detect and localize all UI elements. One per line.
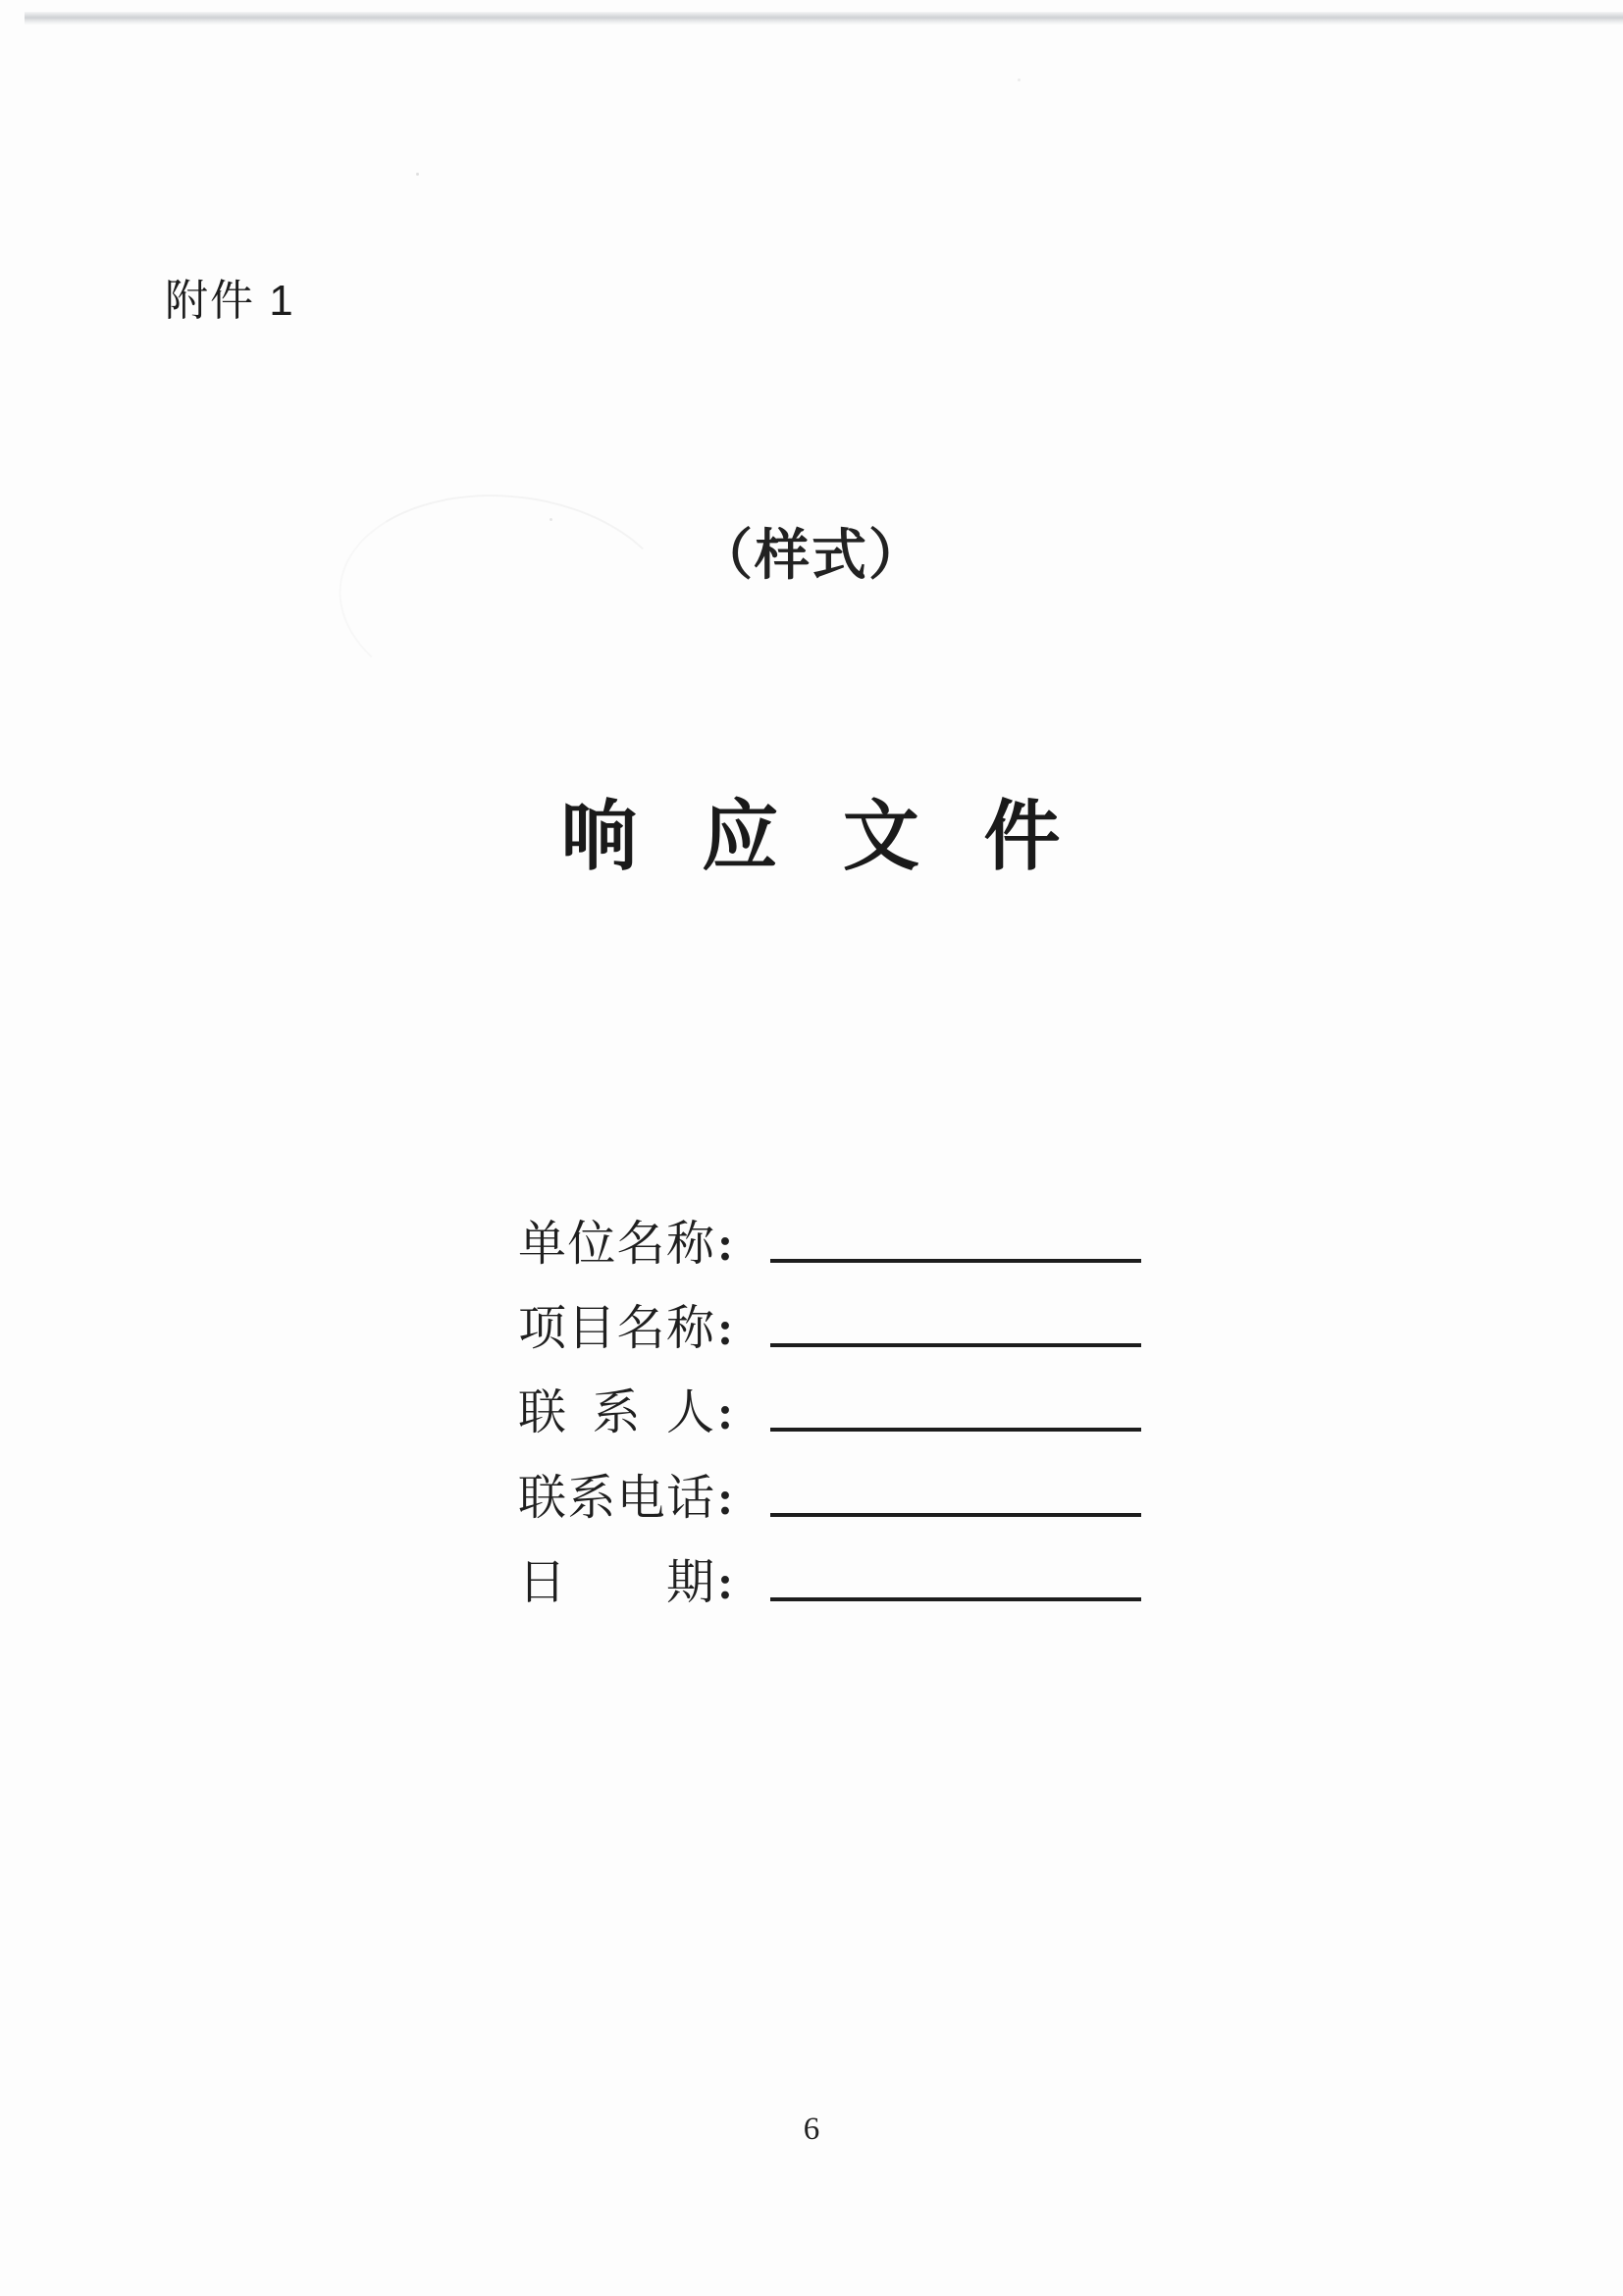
document-title: 响 应 文 件	[0, 775, 1623, 885]
form-field-row-contact-person: 联系人:	[518, 1383, 1141, 1442]
form-field-row-unit-name: 单位名称:	[518, 1215, 1141, 1274]
field-colon: :	[717, 1299, 733, 1358]
field-colon: :	[717, 1215, 733, 1274]
scan-artifact-speck	[416, 173, 419, 176]
field-colon: :	[717, 1383, 733, 1442]
blank-underline-project-name	[770, 1343, 1141, 1347]
field-colon: :	[717, 1553, 733, 1612]
field-colon: :	[717, 1469, 733, 1528]
blank-underline-date	[770, 1597, 1141, 1601]
form-field-row-date: 日期:	[518, 1553, 1141, 1612]
attachment-label: 附件 1	[165, 277, 295, 327]
blank-underline-contact-person	[770, 1428, 1141, 1432]
field-label-contact-phone: 联系电话	[518, 1469, 714, 1528]
scanned-page: 附件 1 （样式） 响 应 文 件 单位名称: 项目名称: 联系人: 联系电话:…	[0, 0, 1623, 2296]
field-label-unit-name: 单位名称	[518, 1215, 714, 1274]
field-label-project-name: 项目名称	[518, 1299, 714, 1358]
scan-artifact-top-line	[25, 12, 1623, 25]
form-field-row-contact-phone: 联系电话:	[518, 1469, 1141, 1528]
field-label-contact-person: 联系人	[518, 1383, 714, 1442]
blank-underline-unit-name	[770, 1259, 1141, 1263]
field-label-date: 日期	[518, 1553, 714, 1612]
scan-artifact-speck	[1018, 78, 1021, 81]
form-field-row-project-name: 项目名称:	[518, 1299, 1141, 1358]
format-label: （样式）	[0, 512, 1623, 591]
blank-underline-contact-phone	[770, 1513, 1141, 1517]
page-number: 6	[0, 2112, 1623, 2148]
